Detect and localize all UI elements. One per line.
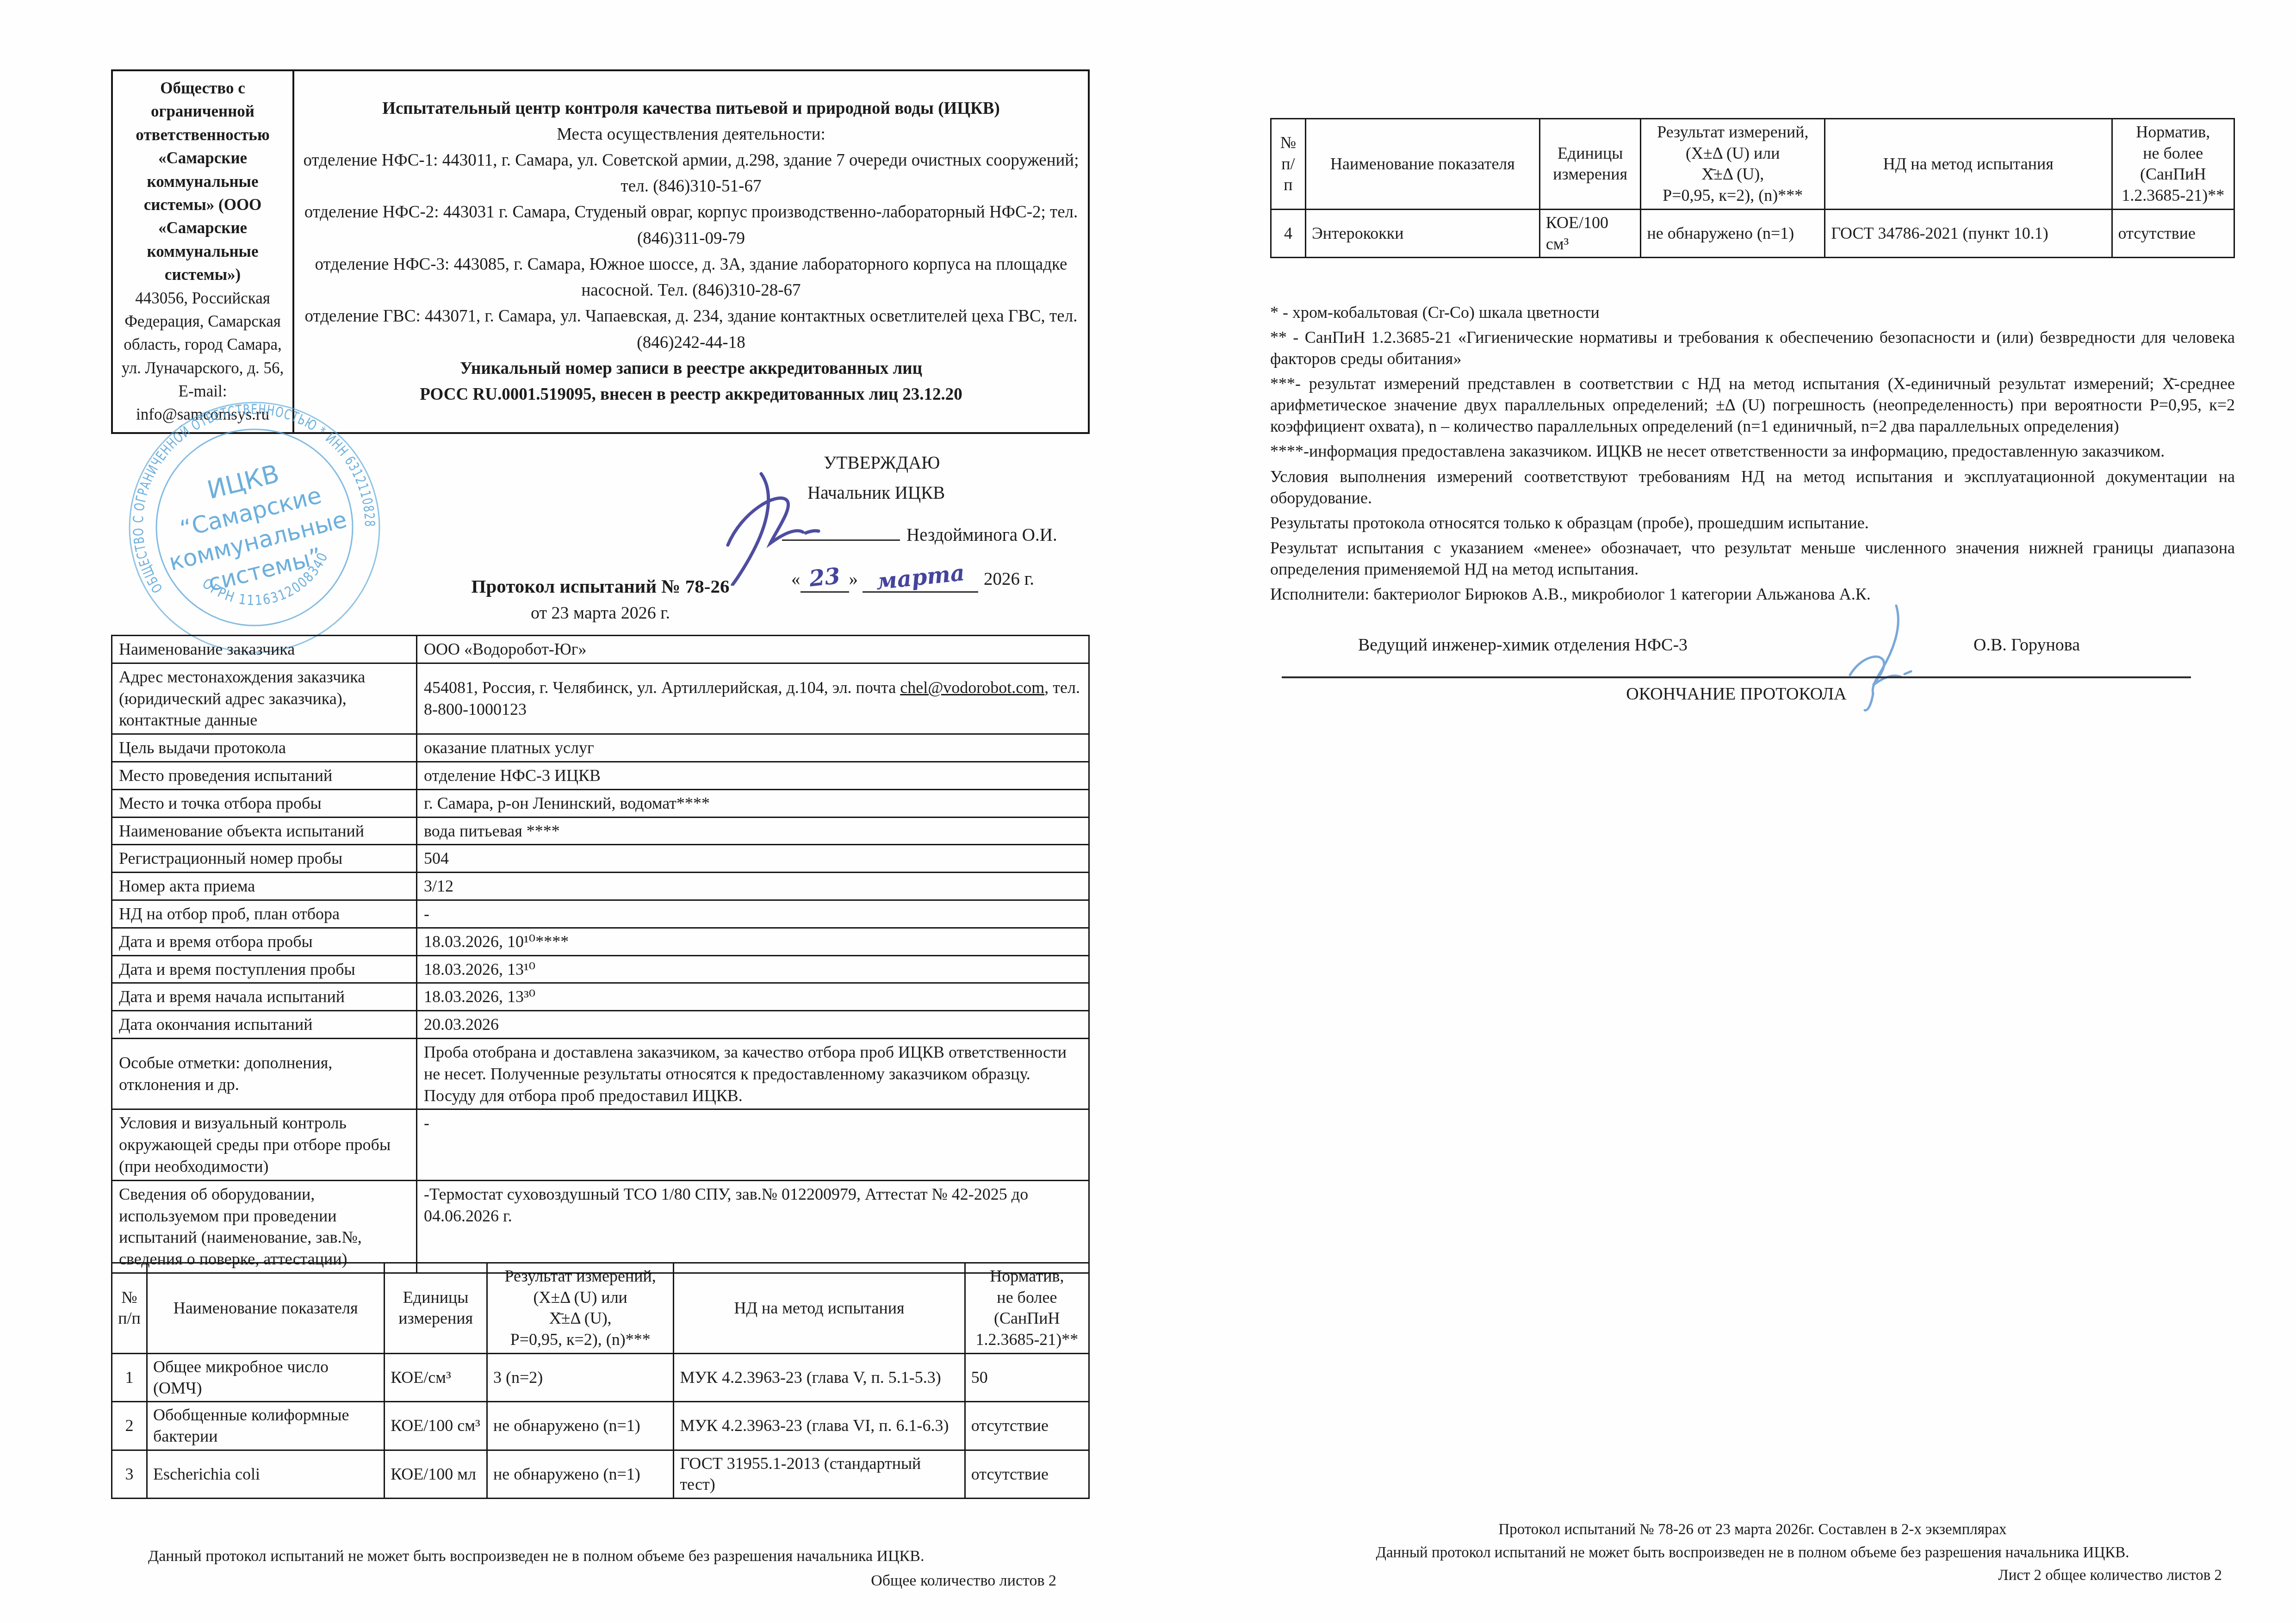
details-value: оказание платных услуг: [417, 734, 1089, 762]
location-line: отделение ГВС: 443071, г. Самара, ул. Ча…: [302, 304, 1080, 355]
details-label: Регистрационный номер пробы: [112, 845, 417, 873]
details-label: НД на отбор проб, план отбора: [112, 900, 417, 928]
col-header-units: Единицыизмерения: [385, 1263, 487, 1354]
cell-result: не обнаружено (n=1): [1641, 209, 1825, 257]
note-paragraph: ***- результат измерений представлен в с…: [1270, 373, 2235, 437]
col-header-norm: Норматив,не более(СанПиН1.2.3685-21)**: [2112, 119, 2234, 210]
col-header-num: №п/п: [1271, 119, 1306, 210]
org-address: 443056, Российская Федерация, Самарская …: [120, 287, 285, 380]
col-header-result: Результат измерений,(Х±Δ (U) илиХ̄±Δ (U)…: [487, 1263, 673, 1354]
cell-num: 2: [112, 1402, 147, 1450]
details-label: Особые отметки: дополнения, отклонения и…: [112, 1038, 417, 1109]
approval-name: Нездойминога О.И.: [906, 525, 1057, 545]
cell-result: 3 (n=2): [487, 1353, 673, 1401]
details-row: Дата и время отбора пробы 18.03.2026, 10…: [112, 928, 1089, 955]
cell-num: 1: [112, 1353, 147, 1401]
results-header-row: №п/п Наименование показателя Единицыизме…: [1271, 119, 2234, 210]
location-line: отделение НФС-2: 443031 г. Самара, Студе…: [302, 199, 1080, 251]
cell-units: КОЕ/100 см³: [385, 1402, 487, 1450]
ending-title: ОКОНЧАНИЕ ПРОТОКОЛА: [1282, 684, 2191, 704]
cell-units: КОЕ/100 мл: [385, 1450, 487, 1498]
protocol-title: Протокол испытаний № 78-26: [111, 575, 1090, 597]
details-value: 18.03.2026, 10¹⁰****: [417, 928, 1089, 955]
results-table-page1: №п/п Наименование показателя Единицыизме…: [111, 1262, 1090, 1499]
details-row: Условия и визуальный контроль окружающей…: [112, 1109, 1089, 1180]
col-header-method: НД на метод испытания: [1825, 119, 2112, 210]
details-label: Наименование объекта испытаний: [112, 817, 417, 845]
details-label: Наименование заказчика: [112, 636, 417, 663]
activity-heading: Места осуществления деятельности:: [302, 122, 1080, 148]
cell-norm: отсутствие: [965, 1450, 1089, 1498]
details-row: Место и точка отбора пробы г. Самара, р-…: [112, 789, 1089, 817]
col-header-indicator: Наименование показателя: [1305, 119, 1539, 210]
details-label: Адрес местонахождения заказчика (юридиче…: [112, 663, 417, 734]
details-label: Сведения об оборудовании, используемом п…: [112, 1180, 417, 1273]
note-paragraph: ****-информация предоставлена заказчиком…: [1270, 440, 2235, 462]
col-header-num: №п/п: [112, 1263, 147, 1354]
details-label: Дата и время отбора пробы: [112, 928, 417, 955]
cell-method: ГОСТ 34786-2021 (пункт 10.1): [1825, 209, 2112, 257]
col-header-indicator: Наименование показателя: [147, 1263, 385, 1354]
page-2: №п/п Наименование показателя Единицыизме…: [1270, 0, 2235, 1623]
note-paragraph: * - хром-кобальтовая (Cr-Co) шкала цветн…: [1270, 302, 2235, 323]
cell-method: МУК 4.2.3963-23 (глава VI, п. 6.1-6.3): [674, 1402, 965, 1450]
details-value: -: [417, 1109, 1089, 1180]
cell-method: ГОСТ 31955.1-2013 (стандартный тест): [674, 1450, 965, 1498]
details-value: ООО «Водоробот-Юг»: [417, 636, 1089, 663]
details-row: Адрес местонахождения заказчика (юридиче…: [112, 663, 1089, 734]
accreditation-line-2: РОСС RU.0001.519095, внесен в реестр акк…: [302, 382, 1080, 408]
notes-block: * - хром-кобальтовая (Cr-Co) шкала цветн…: [1270, 302, 2235, 608]
details-row: Наименование заказчика ООО «Водоробот-Юг…: [112, 636, 1089, 663]
details-value: 504: [417, 845, 1089, 873]
cell-num: 3: [112, 1450, 147, 1498]
details-label: Место и точка отбора пробы: [112, 789, 417, 817]
details-value: -: [417, 900, 1089, 928]
results-row: 3 Escherichia coli КОЕ/100 мл не обнаруж…: [112, 1450, 1089, 1498]
col-header-result: Результат измерений,(Х±Δ (U) илиХ̄±Δ (U)…: [1641, 119, 1825, 210]
details-label: Дата и время поступления пробы: [112, 955, 417, 983]
results-header-row: №п/п Наименование показателя Единицыизме…: [112, 1263, 1089, 1354]
note-paragraph: Результат испытания с указанием «менее» …: [1270, 537, 2235, 580]
location-line: отделение НФС-3: 443085, г. Самара, Южно…: [302, 252, 1080, 304]
details-value: 454081, Россия, г. Челябинск, ул. Артилл…: [417, 663, 1089, 734]
cell-num: 4: [1271, 209, 1306, 257]
results-section-page2: №п/п Наименование показателя Единицыизме…: [1270, 118, 2235, 258]
signatory-name: О.В. Горунова: [1973, 635, 2080, 655]
cell-norm: 50: [965, 1353, 1089, 1401]
details-row: Дата и время поступления пробы 18.03.202…: [112, 955, 1089, 983]
details-label: Дата окончания испытаний: [112, 1011, 417, 1039]
details-label: Дата и время начала испытаний: [112, 983, 417, 1011]
letterhead-org-cell: Общество с ограниченной ответственностью…: [112, 70, 293, 433]
details-value: вода питьевая ****: [417, 817, 1089, 845]
results-row: 4 Энтерококки КОЕ/100 см³ не обнаружено …: [1271, 209, 2234, 257]
accreditation-line-1: Уникальный номер записи в реестре аккред…: [302, 356, 1080, 382]
ending-rule: [1282, 676, 2191, 678]
footer-copy-line: Данный протокол испытаний не может быть …: [148, 1544, 1090, 1569]
details-value: Проба отобрана и доставлена заказчиком, …: [417, 1038, 1089, 1109]
details-label: Место проведения испытаний: [112, 762, 417, 789]
results-row: 2 Обобщенные колиформные бактерии КОЕ/10…: [112, 1402, 1089, 1450]
details-row: Наименование объекта испытаний вода пить…: [112, 817, 1089, 845]
protocol-title-block: Протокол испытаний № 78-26 от 23 марта 2…: [111, 575, 1090, 623]
address-text: 454081, Россия, г. Челябинск, ул. Артилл…: [424, 678, 900, 697]
details-value: 3/12: [417, 873, 1089, 900]
note-paragraph: Результаты протокола относятся только к …: [1270, 512, 2235, 533]
scanned-protocol-document: Общество с ограниченной ответственностью…: [0, 0, 2296, 1623]
cell-norm: отсутствие: [2112, 209, 2234, 257]
cell-indicator: Общее микробное число (ОМЧ): [147, 1353, 385, 1401]
col-header-units: Единицыизмерения: [1539, 119, 1641, 210]
details-row: Особые отметки: дополнения, отклонения и…: [112, 1038, 1089, 1109]
cell-indicator: Обобщенные колиформные бактерии: [147, 1402, 385, 1450]
cell-indicator: Escherichia coli: [147, 1450, 385, 1498]
letterhead-center-cell: Испытательный центр контроля качества пи…: [293, 70, 1089, 433]
details-value: 20.03.2026: [417, 1011, 1089, 1039]
page2-footer: Протокол испытаний № 78-26 от 23 марта 2…: [1270, 1518, 2235, 1587]
results-section-page1: №п/п Наименование показателя Единицыизме…: [111, 1262, 1090, 1499]
cell-method: МУК 4.2.3963-23 (глава V, п. 5.1-5.3): [674, 1353, 965, 1401]
ending-block: ОКОНЧАНИЕ ПРОТОКОЛА: [1282, 676, 2191, 704]
results-row: 1 Общее микробное число (ОМЧ) КОЕ/см³ 3 …: [112, 1353, 1089, 1401]
details-row: Цель выдачи протокола оказание платных у…: [112, 734, 1089, 762]
footer-sheet-count: Общее количество листов 2: [111, 1569, 1090, 1593]
details-label: Цель выдачи протокола: [112, 734, 417, 762]
cell-result: не обнаружено (n=1): [487, 1402, 673, 1450]
footer-copy-line: Данный протокол испытаний не может быть …: [1270, 1542, 2235, 1565]
results-table-page2: №п/п Наименование показателя Единицыизме…: [1270, 118, 2235, 258]
signatory-role: Ведущий инженер-химик отделения НФС-3: [1358, 635, 1688, 655]
approval-position: Начальник ИЦКВ: [782, 483, 1171, 504]
approval-title: УТВЕРЖДАЮ: [782, 452, 1171, 474]
note-paragraph: ** - СанПиН 1.2.3685-21 «Гигиенические н…: [1270, 327, 2235, 369]
approval-name-line: Нездойминога О.И.: [782, 524, 1171, 546]
org-name: Общество с ограниченной ответственностью…: [120, 77, 285, 287]
details-row: Место проведения испытаний отделение НФС…: [112, 762, 1089, 789]
footer-protocol-line: Протокол испытаний № 78-26 от 23 марта 2…: [1270, 1518, 2235, 1542]
footer-sheet-line: Лист 2 общее количество листов 2: [1270, 1564, 2235, 1587]
location-line: отделение НФС-1: 443011, г. Самара, ул. …: [302, 148, 1080, 199]
signature-underline: [782, 524, 900, 541]
cell-units: КОЕ/см³: [385, 1353, 487, 1401]
details-row: Регистрационный номер пробы 504: [112, 845, 1089, 873]
details-row: Номер акта приема 3/12: [112, 873, 1089, 900]
details-row: НД на отбор проб, план отбора -: [112, 900, 1089, 928]
cell-indicator: Энтерококки: [1305, 209, 1539, 257]
test-center-name: Испытательный центр контроля качества пи…: [302, 96, 1080, 122]
details-label: Номер акта приема: [112, 873, 417, 900]
cell-units: КОЕ/100 см³: [1539, 209, 1641, 257]
protocol-date: от 23 марта 2026 г.: [111, 603, 1090, 623]
col-header-method: НД на метод испытания: [674, 1263, 965, 1354]
details-table: Наименование заказчика ООО «Водоробот-Юг…: [111, 635, 1090, 1274]
col-header-norm: Норматив,не более(СанПиН1.2.3685-21)**: [965, 1263, 1089, 1354]
cell-norm: отсутствие: [965, 1402, 1089, 1450]
details-value: 18.03.2026, 13¹⁰: [417, 955, 1089, 983]
note-paragraph: Условия выполнения измерений соответству…: [1270, 466, 2235, 508]
details-row: Дата окончания испытаний 20.03.2026: [112, 1011, 1089, 1039]
page1-footer: Данный протокол испытаний не может быть …: [111, 1544, 1090, 1593]
details-value: -Термостат суховоздушный ТСО 1/80 СПУ, з…: [417, 1180, 1089, 1273]
details-label: Условия и визуальный контроль окружающей…: [112, 1109, 417, 1180]
details-value: отделение НФС-3 ИЦКВ: [417, 762, 1089, 789]
details-value: г. Самара, р-он Ленинский, водомат****: [417, 789, 1089, 817]
executors-line: Исполнители: бактериолог Бирюков А.В., м…: [1270, 583, 2235, 605]
email-text: chel@vodorobot.com: [900, 678, 1044, 697]
page-1: Общество с ограниченной ответственностью…: [111, 0, 1090, 1623]
cell-result: не обнаружено (n=1): [487, 1450, 673, 1498]
letterhead: Общество с ограниченной ответственностью…: [111, 69, 1090, 434]
details-row: Дата и время начала испытаний 18.03.2026…: [112, 983, 1089, 1011]
details-row: Сведения об оборудовании, используемом п…: [112, 1180, 1089, 1273]
approval-block: УТВЕРЖДАЮ Начальник ИЦКВ Нездойминога О.…: [782, 452, 1171, 593]
details-value: 18.03.2026, 13³⁰: [417, 983, 1089, 1011]
